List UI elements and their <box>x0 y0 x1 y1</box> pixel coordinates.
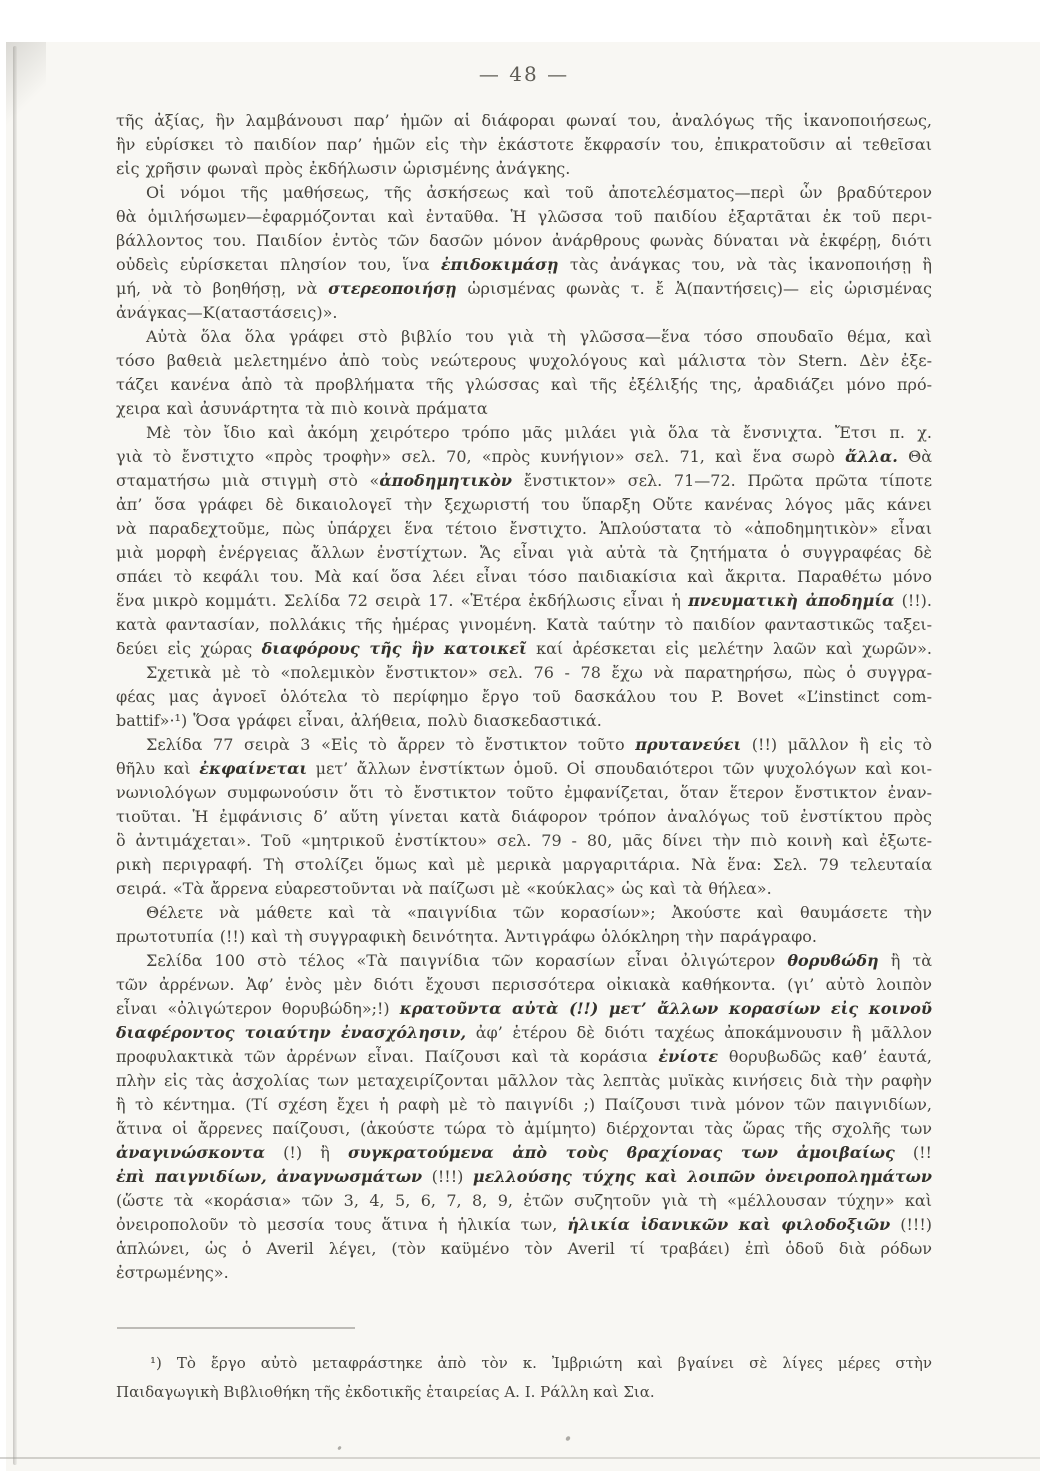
text-line: Παιδαγωγικὴ Βιβλιοθήκη τῆς ἐκδοτικῆς ἑτα… <box>116 1378 932 1407</box>
text-line: ὃ ἀντιμάχεται». Τοῦ «μητρικοῦ ἐνστίκτου»… <box>116 829 932 853</box>
footnote-separator <box>117 1327 355 1329</box>
text-run: προφυλακτικὰ τῶν ἀρρένων εἶναι. Παίζουσι… <box>116 1047 658 1066</box>
text-run: (!!!) <box>422 1167 473 1186</box>
text-line: Σχετικὰ μὲ τὸ «πολεμικὸν ἔνστικτον» σελ.… <box>116 661 932 685</box>
text-run: ἢ τὸ κέντημα. (Τί σχέση ἔχει ἡ ραφὴ μὲ τ… <box>116 1095 932 1114</box>
text-run: θῆλυ καὶ <box>116 759 199 778</box>
emphasized-text: ἄλλα. <box>845 447 898 466</box>
page-left-edge-shadow <box>13 46 17 1465</box>
emphasized-text: θορυϐώδη <box>787 951 878 970</box>
text-run: σπάει τὸ κεφάλι του. Μὰ καί ὅσα λέει εἶν… <box>116 567 932 586</box>
emphasized-text: πνευματικὴ ἀποδημία <box>688 591 894 610</box>
text-run: νὰ παραδεχτοῦμε, πὼς ὑπάρχει ἕνα τέτοιο … <box>116 519 932 538</box>
text-run: φέας μας ἀγνοεῖ ὁλότελα τὸ περίφημο ἔργο… <box>116 687 932 706</box>
text-line: ἀνάγκας—Κ(αταστάσεις)». <box>116 301 932 325</box>
text-line: σειρά. «Τὰ ἄρρενα εὐαρεστοῦνται νὰ παίζω… <box>116 877 932 901</box>
text-run: θὰ ὁμιλήσωμεν—ἐφαρμόζονται καὶ ἐνταῦθα. … <box>116 207 932 226</box>
text-run: τῶν ἀρρένων. Ἀφ’ ἑνὸς μὲν διότι ἔχουσι π… <box>116 975 932 994</box>
text-line: ¹) Τὸ ἔργο αὐτὸ μεταφράστηκε ἀπὸ τὸν κ. … <box>116 1349 932 1378</box>
text-line: διαφέροντος τοιαύτην ἐνασχόλησιν, ἀφ’ ἑτ… <box>116 1021 932 1045</box>
text-line: σταματήσω μιὰ στιγμὴ στὸ «ἀποδημητικὸν ἔ… <box>116 469 932 493</box>
text-line: ἐπὶ παιγνιδίων, ἀναγνωσμάτων (!!!) μελλο… <box>116 1165 932 1189</box>
text-line: Αὐτὰ ὅλα ὅλα γράφει στὸ βιβλίο του γιὰ τ… <box>116 325 932 349</box>
text-line: μή, νὰ τὸ βοηθήσῃ, νὰ στερεοποιήσῃ ὡρισμ… <box>116 277 932 301</box>
text-run: Σελίδα 100 στὸ τέλος «Τὰ παιγνίδια τῶν κ… <box>146 951 787 970</box>
text-line: νὰ παραδεχτοῦμε, πὼς ὑπάρχει ἕνα τέτοιο … <box>116 517 932 541</box>
text-run: σταματήσω μιὰ στιγμὴ στὸ « <box>116 471 379 490</box>
text-line: θῆλυ καὶ ἐκφαίνεται μετ’ ἄλλων ἐνστίκτων… <box>116 757 932 781</box>
text-line: Μὲ τὸν ἴδιο καὶ ἀκόμη χειρότερο τρόπο μᾶ… <box>116 421 932 445</box>
text-line: ἕνα μικρὸ κομμάτι. Σελίδα 72 σειρὰ 17. «… <box>116 589 932 613</box>
text-line: ἅτινα οἱ ἄρρενες παίζουσι, (ἀκούστε τώρα… <box>116 1117 932 1141</box>
text-run: καί ἀρέσκεται εἰς μελέτην λαῶν καὶ χωρῶν… <box>527 639 932 658</box>
text-run: ἢ τὰ <box>879 951 932 970</box>
text-line: μιὰ μορφὴ ἐνέργειας ἄλλων ἐνστίχτων. Ἄς … <box>116 541 932 565</box>
text-run: (!!). <box>894 591 932 610</box>
text-run: τάζει κανένα ἀπὸ τὰ προβλήματα τῆς γλώσσ… <box>116 375 932 394</box>
text-line: ἐστρωμένης». <box>116 1261 932 1285</box>
text-line: πλὴν εἰς τὰς ἀσχολίας των μεταχειρίζοντα… <box>116 1069 932 1093</box>
text-line: Οἱ νόμοι τῆς μαθήσεως, τῆς ἀσκήσεως καὶ … <box>116 181 932 205</box>
text-run: battif»·¹) Ὅσα γράφει εἶναι, ἀλήθεια, πο… <box>116 711 602 730</box>
text-run: σειρά. «Τὰ ἄρρενα εὐαρεστοῦνται νὰ παίζω… <box>116 879 772 898</box>
text-line: βάλλοντος του. Παιδίον ἐντὸς τῶν δασῶν μ… <box>116 229 932 253</box>
text-run: δεύει εἰς χώρας <box>116 639 262 658</box>
emphasized-text: διαφόρους τῆς ἣν κατοικεῖ <box>262 639 527 658</box>
text-run: ρικὴ περιγραφή. Τὴ στολίζει ὅμως καὶ μὲ … <box>116 855 932 874</box>
text-run: κατὰ φαντασίαν, πολλάκις τῆς ἡμέρας γινο… <box>116 615 932 634</box>
emphasized-text: κρατοῦντα αὐτὰ (!!) μετ’ ἄλλων κορασίων … <box>400 999 932 1018</box>
emphasized-text: ἐνίοτε <box>658 1047 718 1066</box>
text-run: Μὲ τὸν ἴδιο καὶ ἀκόμη χειρότερο τρόπο μᾶ… <box>146 423 932 442</box>
text-run: θορυβωδῶς καθ’ ἑαυτά, <box>718 1047 932 1066</box>
text-run: πρωτοτυπία (!!) καὶ τὴ συγγραφικὴ δεινότ… <box>116 927 817 946</box>
text-run: (!!) μᾶλλον ἢ εἰς τὸ <box>741 735 932 754</box>
text-line: εἶναι «ὀλιγώτερον θορυβώδη»;!) κρατοῦντα… <box>116 997 932 1021</box>
emphasized-text: διαφέροντος τοιαύτην ἐνασχόλησιν, <box>116 1023 466 1042</box>
text-run: μετ’ ἄλλων ἐνστίκτων ὁμοῦ. Οἱ σπουδαιότε… <box>307 759 932 778</box>
text-line: ἀναγινώσκοντα (!) ἢ συγκρατούμενα ἀπὸ το… <box>116 1141 932 1165</box>
text-run: (!) ἢ <box>265 1143 348 1162</box>
text-run: τῆς ἀξίας, ἣν λαμβάνουσι παρ’ ἡμῶν αἱ δι… <box>116 111 932 130</box>
text-run: τόσο βαθειὰ μελετημένο ἀπὸ τοὺς νεώτερου… <box>116 351 932 370</box>
scanned-book-page: { "page": { "number": "48", "number_disp… <box>0 0 1040 1471</box>
text-run: τιοῦται. Ἡ ἐμφάνισις δ’ αὕτη γίνεται κατ… <box>116 807 932 826</box>
text-line: Θέλετε νὰ μάθετε καὶ τὰ «παιγνίδια τῶν κ… <box>116 901 932 925</box>
text-run: μιὰ μορφὴ ἐνέργειας ἄλλων ἐνστίχτων. Ἄς … <box>116 543 932 562</box>
text-run: πλὴν εἰς τὰς ἀσχολίας των μεταχειρίζοντα… <box>116 1071 932 1090</box>
text-run: νωνιολόγων συμφωνούσιν ὅτι τὸ ἔνστικτον … <box>116 783 932 802</box>
page-bottom-edge-shadow <box>0 1457 1040 1459</box>
text-run: (ὥστε τὰ «κοράσια» τῶν 3, 4, 5, 6, 7, 8,… <box>116 1191 932 1210</box>
text-run: Θέλετε νὰ μάθετε καὶ τὰ «παιγνίδια τῶν κ… <box>146 903 932 922</box>
text-run: Οἱ νόμοι τῆς μαθήσεως, τῆς ἀσκήσεως καὶ … <box>146 183 932 202</box>
text-run: μή, νὰ τὸ βοηθήσῃ, νὰ <box>116 279 328 298</box>
emphasized-text: πρυτανεύει <box>635 735 741 754</box>
emphasized-text: στερεοποιήσῃ <box>328 279 457 298</box>
text-line: τάζει κανένα ἀπὸ τὰ προβλήματα τῆς γλώσσ… <box>116 373 932 397</box>
emphasized-text: συγκρατούμενα ἀπὸ τοὺς ϐραχίονας των ἀμο… <box>348 1143 895 1162</box>
text-run: Σχετικὰ μὲ τὸ «πολεμικὸν ἔνστικτον» σελ.… <box>146 663 932 682</box>
text-run: ἐστρωμένης». <box>116 1263 229 1282</box>
text-run: ἁπλώνει, ὡς ὁ Averil λέγει, (τὸν καϋμένο… <box>116 1239 932 1258</box>
text-line: τῆς ἀξίας, ἣν λαμβάνουσι παρ’ ἡμῶν αἱ δι… <box>116 109 932 133</box>
text-run: ἔνστικτον» σελ. 71—72. Πρῶτα πρῶτα τίποτ… <box>512 471 932 490</box>
text-line: τῶν ἀρρένων. Ἀφ’ ἑνὸς μὲν διότι ἔχουσι π… <box>116 973 932 997</box>
text-line: γιὰ τὸ ἔνστιχτο «πρὸς τροφὴν» σελ. 70, «… <box>116 445 932 469</box>
text-line: φέας μας ἀγνοεῖ ὁλότελα τὸ περίφημο ἔργο… <box>116 685 932 709</box>
text-line: προφυλακτικὰ τῶν ἀρρένων εἶναι. Παίζουσι… <box>116 1045 932 1069</box>
text-run: ἣν εὑρίσκει τὸ παιδίον παρ’ ἡμῶν εἰς τὴν… <box>116 135 932 154</box>
text-line: ἁπλώνει, ὡς ὁ Averil λέγει, (τὸν καϋμένο… <box>116 1237 932 1261</box>
emphasized-text: ἡλικία ἰδανικῶν καὶ φιλοδοξιῶν <box>567 1215 890 1234</box>
text-run: (!! <box>895 1143 932 1162</box>
text-run: εἰς χρῆσιν φωναὶ πρὸς ἐκδήλωσιν ὡρισμένη… <box>116 159 570 178</box>
emphasized-text: ἐκφαίνεται <box>199 759 307 778</box>
text-run: ἀνάγκας—Κ(αταστάσεις)». <box>116 303 337 322</box>
text-run: ὃ ἀντιμάχεται». Τοῦ «μητρικοῦ ἐνστίκτου»… <box>116 831 932 850</box>
text-line: ἀπ’ ὅσα γράφει δὲ δικαιολογεῖ τὴν ξεχωρι… <box>116 493 932 517</box>
text-line: Σελίδα 100 στὸ τέλος «Τὰ παιγνίδια τῶν κ… <box>116 949 932 973</box>
text-run: ἅτινα οἱ ἄρρενες παίζουσι, (ἀκούστε τώρα… <box>116 1119 932 1138</box>
text-line: Σελίδα 77 σειρὰ 3 «Εἰς τὸ ἄρρεν τὸ ἔνστι… <box>116 733 932 757</box>
text-run: ἀπ’ ὅσα γράφει δὲ δικαιολογεῖ τὴν ξεχωρι… <box>116 495 932 514</box>
text-run: ὡρισμένας φωνὰς τ. ἔ Ἀ(παντήσεις)— εἰς ὡ… <box>457 279 932 298</box>
body-text: τῆς ἀξίας, ἣν λαμβάνουσι παρ’ ἡμῶν αἱ δι… <box>116 109 932 1285</box>
text-line: τιοῦται. Ἡ ἐμφάνισις δ’ αὕτη γίνεται κατ… <box>116 805 932 829</box>
emphasized-text: μελλούσης τύχης καὶ λοιπῶν ὀνειροπολημάτ… <box>473 1167 932 1186</box>
text-run: ἀφ’ ἑτέρου δὲ διότι ταχέως ἀποκάμνουσιν … <box>466 1023 932 1042</box>
text-line: ὀνειροπολοῦν τὸ μεσσία τους ἅτινα ἡ ἡλικ… <box>116 1213 932 1237</box>
text-run: Παιδαγωγικὴ Βιβλιοθήκη τῆς ἐκδοτικῆς ἑτα… <box>116 1383 655 1401</box>
text-run: χειρα καὶ ἀσυνάρτητα τὰ πιὸ κοινὰ πράματ… <box>116 399 488 418</box>
text-line: ρικὴ περιγραφή. Τὴ στολίζει ὅμως καὶ μὲ … <box>116 853 932 877</box>
text-line: ἢ τὸ κέντημα. (Τί σχέση ἔχει ἡ ραφὴ μὲ τ… <box>116 1093 932 1117</box>
text-run: εἶναι «ὀλιγώτερον θορυβώδη»;!) <box>116 999 400 1018</box>
text-line: πρωτοτυπία (!!) καὶ τὴ συγγραφικὴ δεινότ… <box>116 925 932 949</box>
footnote-text: ¹) Τὸ ἔργο αὐτὸ μεταφράστηκε ἀπὸ τὸν κ. … <box>116 1349 932 1407</box>
page-corner-shadow <box>6 42 46 132</box>
text-run: ἕνα μικρὸ κομμάτι. Σελίδα 72 σειρὰ 17. «… <box>116 591 688 610</box>
text-run: γιὰ τὸ ἔνστιχτο «πρὸς τροφὴν» σελ. 70, «… <box>116 447 845 466</box>
emphasized-text: ἀναγινώσκοντα <box>116 1143 265 1162</box>
text-line: ἣν εὑρίσκει τὸ παιδίον παρ’ ἡμῶν εἰς τὴν… <box>116 133 932 157</box>
text-run: Θὰ <box>898 447 932 466</box>
text-line: εἰς χρῆσιν φωναὶ πρὸς ἐκδήλωσιν ὡρισμένη… <box>116 157 932 181</box>
text-line: δεύει εἰς χώρας διαφόρους τῆς ἣν κατοικε… <box>116 637 932 661</box>
text-line: σπάει τὸ κεφάλι του. Μὰ καί ὅσα λέει εἶν… <box>116 565 932 589</box>
emphasized-text: ἀποδημητικὸν <box>379 471 512 490</box>
text-run: Σελίδα 77 σειρὰ 3 «Εἰς τὸ ἄρρεν τὸ ἔνστι… <box>146 735 635 754</box>
text-run: (!!!) <box>890 1215 932 1234</box>
text-run: τὰς ἀνάγκας του, νὰ τὰς ἱκανοποιήσῃ ἢ <box>559 255 932 274</box>
text-line: χειρα καὶ ἀσυνάρτητα τὰ πιὸ κοινὰ πράματ… <box>116 397 932 421</box>
text-run: οὐδεὶς εὑρίσκεται πλησίον του, ἵνα <box>116 255 441 274</box>
emphasized-text: ἐπὶ παιγνιδίων, ἀναγνωσμάτων <box>116 1167 422 1186</box>
text-run: Αὐτὰ ὅλα ὅλα γράφει στὸ βιβλίο του γιὰ τ… <box>146 327 932 346</box>
emphasized-text: ἐπιδοκιμάσῃ <box>441 255 559 274</box>
text-line: (ὥστε τὰ «κοράσια» τῶν 3, 4, 5, 6, 7, 8,… <box>116 1189 932 1213</box>
scan-speck <box>148 300 150 302</box>
text-run: ¹) Τὸ ἔργο αὐτὸ μεταφράστηκε ἀπὸ τὸν κ. … <box>150 1354 932 1372</box>
text-line: οὐδεὶς εὑρίσκεται πλησίον του, ἵνα ἐπιδο… <box>116 253 932 277</box>
text-line: κατὰ φαντασίαν, πολλάκις τῆς ἡμέρας γινο… <box>116 613 932 637</box>
text-line: τόσο βαθειὰ μελετημένο ἀπὸ τοὺς νεώτερου… <box>116 349 932 373</box>
text-line: battif»·¹) Ὅσα γράφει εἶναι, ἀλήθεια, πο… <box>116 709 932 733</box>
text-line: θὰ ὁμιλήσωμεν—ἐφαρμόζονται καὶ ἐνταῦθα. … <box>116 205 932 229</box>
text-run: βάλλοντος του. Παιδίον ἐντὸς τῶν δασῶν μ… <box>116 231 932 250</box>
text-run: ὀνειροπολοῦν τὸ μεσσία τους ἅτινα ἡ ἡλικ… <box>116 1215 567 1234</box>
page-number: — 48 — <box>116 62 932 86</box>
text-line: νωνιολόγων συμφωνούσιν ὅτι τὸ ἔνστικτον … <box>116 781 932 805</box>
